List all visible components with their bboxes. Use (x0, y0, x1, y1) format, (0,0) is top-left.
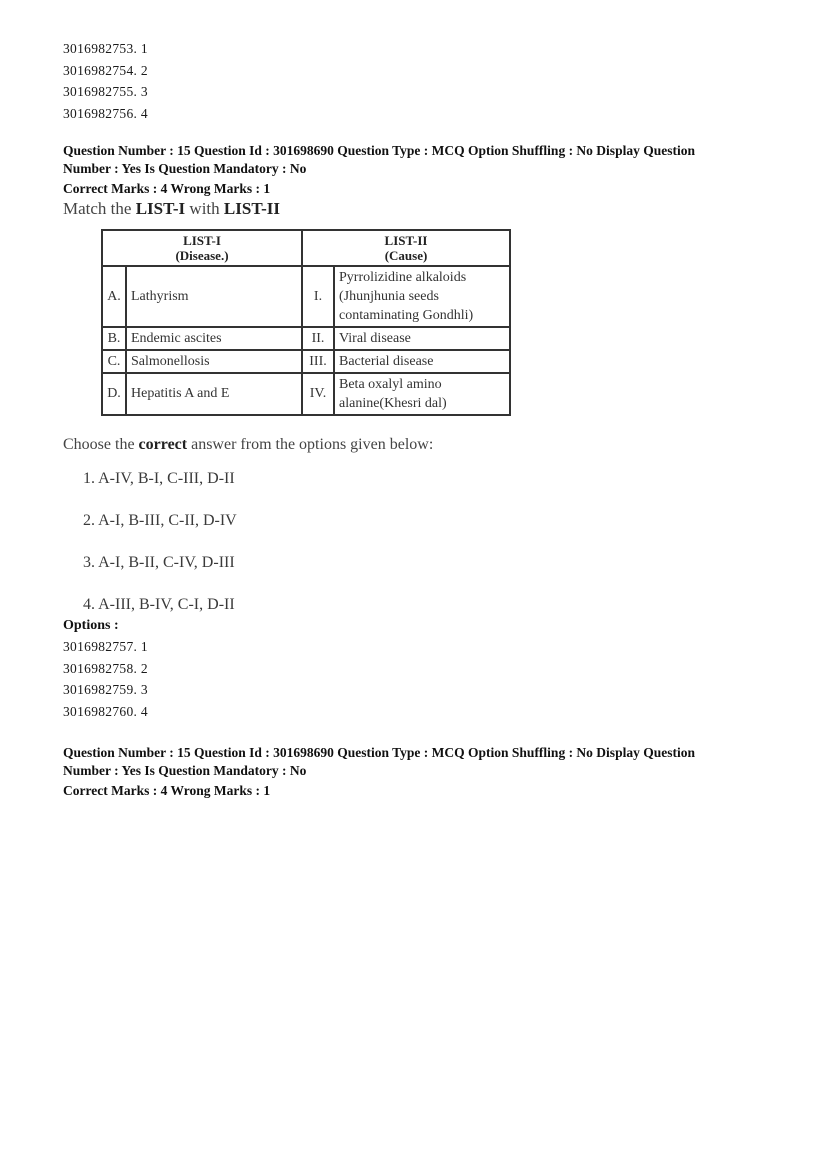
answer-choice: 3. A-I, B-II, C-IV, D-III (83, 552, 763, 573)
option-line: 3016982760. 4 (63, 701, 763, 723)
table-row: A. Lathyrism I. Pyrrolizidine alkaloids … (102, 266, 510, 327)
previous-options-list: 3016982753. 1 3016982754. 2 3016982755. … (63, 38, 763, 124)
option-line: 3016982758. 2 (63, 658, 763, 680)
question-meta-line: Number : Yes Is Question Mandatory : No (63, 762, 763, 780)
question-marks: Correct Marks : 4 Wrong Marks : 1 (63, 180, 763, 198)
option-line: 3016982757. 1 (63, 636, 763, 658)
question-meta-line: Question Number : 15 Question Id : 30169… (63, 744, 763, 762)
table-header-row: LIST-I (Disease.) LIST-II (Cause) (102, 230, 510, 266)
document-page: 3016982753. 1 3016982754. 2 3016982755. … (63, 38, 763, 800)
option-line: 3016982756. 4 (63, 103, 763, 125)
match-table: LIST-I (Disease.) LIST-II (Cause) A. Lat… (101, 229, 511, 416)
answer-choice: 4. A-III, B-IV, C-I, D-II (83, 594, 763, 615)
list-1-header: LIST-I (Disease.) (102, 230, 302, 266)
next-question-block: Question Number : 15 Question Id : 30169… (63, 744, 763, 800)
option-line: 3016982754. 2 (63, 60, 763, 82)
options-label: Options : (63, 616, 763, 636)
option-line: 3016982753. 1 (63, 38, 763, 60)
answer-choice: 1. A-IV, B-I, C-III, D-II (83, 468, 763, 489)
question-title: Match the LIST-I with LIST-II (63, 199, 763, 219)
table-row: D. Hepatitis A and E IV. Beta oxalyl ami… (102, 373, 510, 415)
table-row: B. Endemic ascites II. Viral disease (102, 327, 510, 350)
choose-instruction: Choose the correct answer from the optio… (63, 436, 763, 454)
answer-choice: 2. A-I, B-III, C-II, D-IV (83, 510, 763, 531)
question-block: Question Number : 15 Question Id : 30169… (63, 142, 763, 722)
table-row: C. Salmonellosis III. Bacterial disease (102, 350, 510, 373)
question-marks: Correct Marks : 4 Wrong Marks : 1 (63, 782, 763, 800)
question-meta-line: Question Number : 15 Question Id : 30169… (63, 142, 763, 160)
answer-choices: 1. A-IV, B-I, C-III, D-II 2. A-I, B-III,… (83, 468, 763, 615)
option-line: 3016982759. 3 (63, 679, 763, 701)
option-line: 3016982755. 3 (63, 81, 763, 103)
list-2-header: LIST-II (Cause) (302, 230, 510, 266)
options-list: 3016982757. 1 3016982758. 2 3016982759. … (63, 636, 763, 722)
question-meta-line: Number : Yes Is Question Mandatory : No (63, 160, 763, 178)
